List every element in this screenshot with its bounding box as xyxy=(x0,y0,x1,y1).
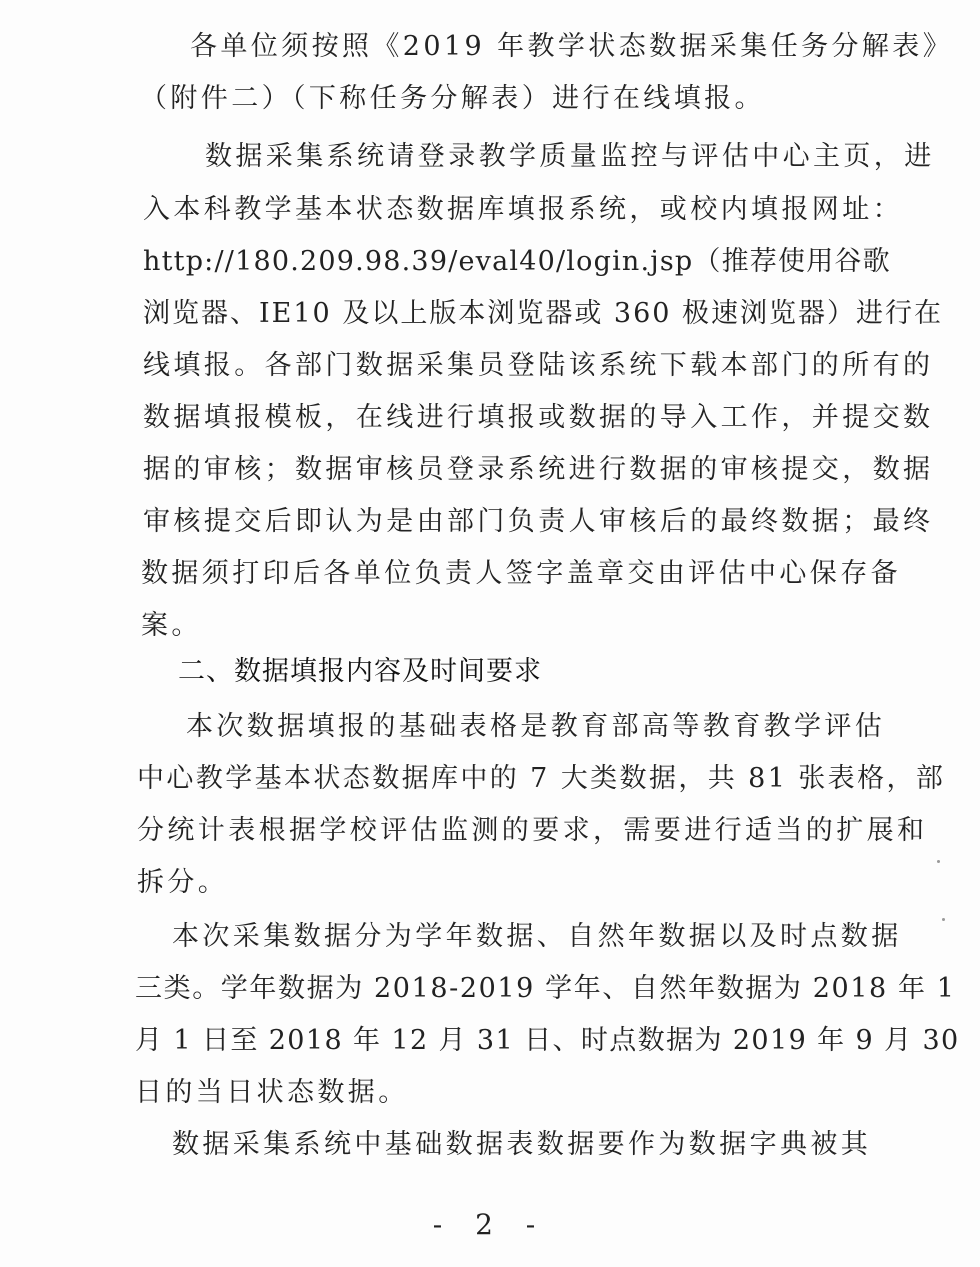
paragraph-2-line-6: 数据填报模板，在线进行填报或数据的导入工作，并提交数 xyxy=(143,401,933,435)
scan-speck xyxy=(622,372,625,375)
paragraph-3-line-4: 拆分。 xyxy=(137,866,228,900)
paragraph-4-line-2: 三类。学年数据为 2018-2019 学年、自然年数据为 2018 年 1 xyxy=(135,972,956,1006)
paragraph-2-line-9: 数据须打印后各单位负责人签字盖章交由评估中心保存备 xyxy=(141,557,901,591)
paragraph-2-line-8: 审核提交后即认为是由部门负责人审核后的最终数据；最终 xyxy=(143,505,933,539)
section-heading: 二、数据填报内容及时间要求 xyxy=(178,655,542,689)
paragraph-1-line-2: （附件二）（下称任务分解表）进行在线填报。 xyxy=(140,82,765,116)
paragraph-5-line-1: 数据采集系统中基础数据表数据要作为数据字典被其 xyxy=(172,1128,871,1162)
paragraph-4-line-4: 日的当日状态数据。 xyxy=(135,1076,409,1110)
document-page: 各单位须按照《2019 年教学状态数据采集任务分解表》 （附件二）（下称任务分解… xyxy=(0,0,980,1267)
paragraph-2-line-3-url: http://180.209.98.39/eval40/login.jsp（推荐… xyxy=(143,245,891,279)
paragraph-2-line-10: 案。 xyxy=(141,609,202,643)
paragraph-2-line-2: 入本科教学基本状态数据库填报系统，或校内填报网址： xyxy=(143,193,903,227)
paragraph-3-line-2: 中心教学基本状态数据库中的 7 大类数据，共 81 张表格，部 xyxy=(137,762,945,796)
scan-speck xyxy=(942,918,945,921)
page-number: - 2 - xyxy=(0,1208,980,1241)
paragraph-2-line-4: 浏览器、IE10 及以上版本浏览器或 360 极速浏览器）进行在 xyxy=(143,297,943,331)
paragraph-2-line-1: 数据采集系统请登录教学质量监控与评估中心主页，进 xyxy=(205,140,935,174)
paragraph-1-line-1: 各单位须按照《2019 年教学状态数据采集任务分解表》 xyxy=(190,30,953,64)
paragraph-3-line-1: 本次数据填报的基础表格是教育部高等教育教学评估 xyxy=(186,710,885,744)
paragraph-4-line-3: 月 1 日至 2018 年 12 月 31 日、时点数据为 2019 年 9 月… xyxy=(135,1024,960,1058)
paragraph-2-line-7: 据的审核；数据审核员登录系统进行数据的审核提交，数据 xyxy=(143,453,933,487)
scan-speck xyxy=(937,860,940,863)
paragraph-2-line-5: 线填报。各部门数据采集员登陆该系统下载本部门的所有的 xyxy=(143,349,933,383)
paragraph-4-line-1: 本次采集数据分为学年数据、自然年数据以及时点数据 xyxy=(172,920,902,954)
paragraph-3-line-3: 分统计表根据学校评估监测的要求，需要进行适当的扩展和 xyxy=(137,814,927,848)
